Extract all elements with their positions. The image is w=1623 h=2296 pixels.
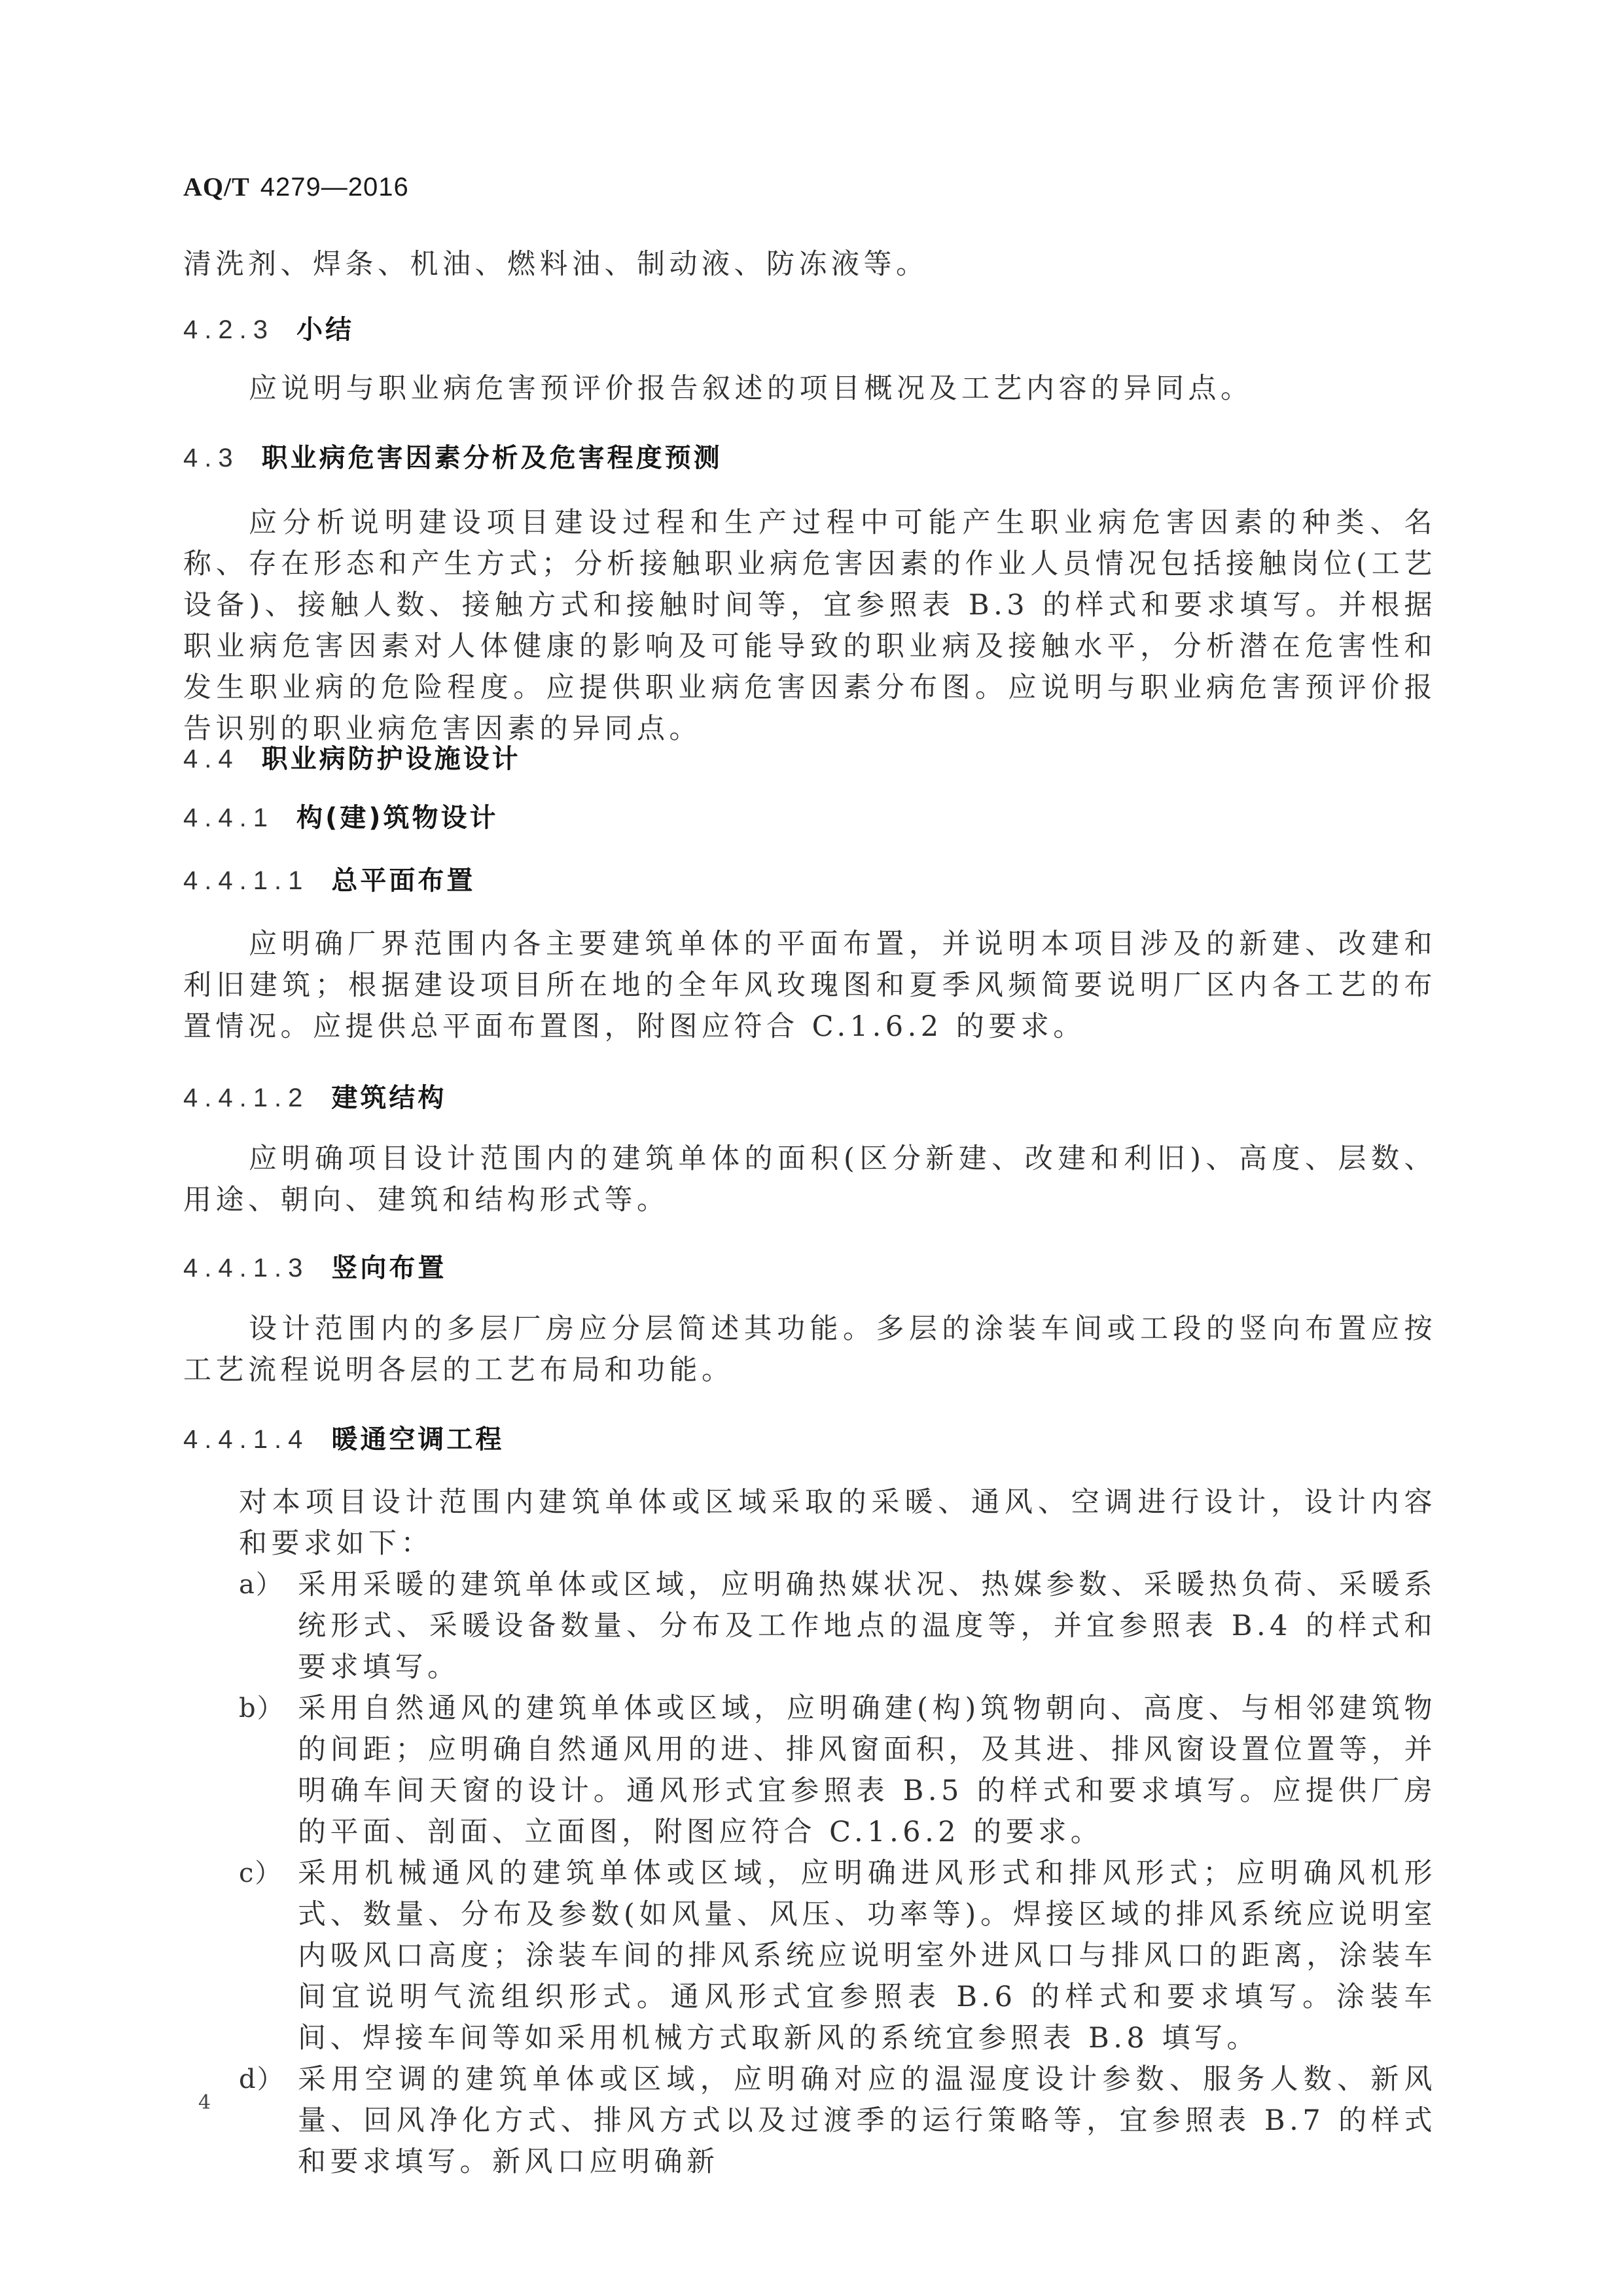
- paragraph-text: 应说明与职业病危害预评价报告叙述的项目概况及工艺内容的异同点。: [183, 368, 1436, 410]
- paragraph-4-4-1-1: 应明确厂界范围内各主要建筑单体的平面布置，并说明本项目涉及的新建、改建和利旧建筑…: [183, 924, 1436, 1048]
- list-label: a）: [239, 1564, 283, 1606]
- section-title: 总平面布置: [331, 866, 475, 896]
- section-number: 4.3: [183, 440, 240, 476]
- section-title: 职业病危害因素分析及危害程度预测: [262, 443, 722, 473]
- list-label: c）: [239, 1853, 282, 1894]
- section-title: 竖向布置: [331, 1253, 446, 1283]
- section-title: 暖通空调工程: [331, 1424, 504, 1455]
- list-item-text: 采用自然通风的建筑单体或区域，应明确建(构)筑物朝向、高度、与相邻建筑物的间距；…: [298, 1688, 1436, 1853]
- list-item-text: 采用机械通风的建筑单体或区域，应明确进风形式和排风形式；应明确风机形式、数量、分…: [298, 1853, 1436, 2059]
- paragraph-text: 应明确项目设计范围内的建筑单体的面积(区分新建、改建和利旧)、高度、层数、用途、…: [183, 1139, 1436, 1221]
- list-item-a: a） 采用采暖的建筑单体或区域，应明确热媒状况、热媒参数、采暖热负荷、采暖系统形…: [183, 1564, 1436, 1688]
- section-heading-4-4-1-2: 4.4.1.2建筑结构: [183, 1080, 1436, 1116]
- hvac-requirements: 对本项目设计范围内建筑单体或区域采取的采暖、通风、空调进行设计，设计内容和要求如…: [183, 1482, 1436, 2183]
- paragraph-4-2-3: 应说明与职业病危害预评价报告叙述的项目概况及工艺内容的异同点。: [183, 368, 1436, 410]
- list-item-d: d） 采用空调的建筑单体或区域，应明确对应的温湿度设计参数、服务人数、新风量、回…: [183, 2059, 1436, 2183]
- section-heading-4-4-1-1: 4.4.1.1总平面布置: [183, 862, 1436, 899]
- section-title: 小结: [296, 315, 354, 345]
- section-heading-4-4-1: 4.4.1构(建)筑物设计: [183, 800, 1436, 836]
- list-item-text: 采用空调的建筑单体或区域，应明确对应的温湿度设计参数、服务人数、新风量、回风净化…: [298, 2059, 1436, 2183]
- section-title: 建筑结构: [331, 1083, 446, 1113]
- standard-prefix: AQ/T: [183, 172, 250, 202]
- section-heading-4-3: 4.3职业病危害因素分析及危害程度预测: [183, 440, 1436, 476]
- section-number: 4.4.1.3: [183, 1250, 309, 1286]
- paragraph-4-4-1-3: 设计范围内的多层厂房应分层简述其功能。多层的涂装车间或工段的竖向布置应按工艺流程…: [183, 1309, 1436, 1391]
- paragraph-4-4-1-2: 应明确项目设计范围内的建筑单体的面积(区分新建、改建和利旧)、高度、层数、用途、…: [183, 1139, 1436, 1221]
- paragraph-text: 应明确厂界范围内各主要建筑单体的平面布置，并说明本项目涉及的新建、改建和利旧建筑…: [183, 924, 1436, 1048]
- section-heading-4-2-3: 4.2.3小结: [183, 311, 1436, 348]
- standard-code-header: AQ/T4279—2016: [183, 171, 409, 203]
- section-heading-4-4-1-3: 4.4.1.3竖向布置: [183, 1250, 1436, 1286]
- section-number: 4.4.1.1: [183, 862, 309, 899]
- paragraph-4-3: 应分析说明建设项目建设过程和生产过程中可能产生职业病危害因素的种类、名称、存在形…: [183, 503, 1436, 750]
- page-number: 4: [198, 2091, 211, 2114]
- section-heading-4-4: 4.4职业病防护设施设计: [183, 741, 1436, 777]
- section-title: 职业病防护设施设计: [262, 744, 521, 774]
- list-intro: 对本项目设计范围内建筑单体或区域采取的采暖、通风、空调进行设计，设计内容和要求如…: [183, 1482, 1436, 1564]
- section-number: 4.4.1.4: [183, 1421, 309, 1458]
- section-number: 4.4.1: [183, 800, 274, 836]
- continuation-paragraph: 清洗剂、焊条、机油、燃料油、制动液、防冻液等。: [183, 244, 1436, 285]
- list-item-text: 采用采暖的建筑单体或区域，应明确热媒状况、热媒参数、采暖热负荷、采暖系统形式、采…: [298, 1564, 1436, 1688]
- section-heading-4-4-1-4: 4.4.1.4暖通空调工程: [183, 1421, 1436, 1458]
- list-label: b）: [239, 1688, 285, 1729]
- section-title: 构(建)筑物设计: [296, 803, 499, 833]
- list-label: d）: [239, 2059, 285, 2100]
- paragraph-text: 设计范围内的多层厂房应分层简述其功能。多层的涂装车间或工段的竖向布置应按工艺流程…: [183, 1309, 1436, 1391]
- section-number: 4.2.3: [183, 311, 274, 348]
- paragraph-text: 清洗剂、焊条、机油、燃料油、制动液、防冻液等。: [183, 244, 1436, 285]
- paragraph-text: 应分析说明建设项目建设过程和生产过程中可能产生职业病危害因素的种类、名称、存在形…: [183, 503, 1436, 750]
- list-item-c: c） 采用机械通风的建筑单体或区域，应明确进风形式和排风形式；应明确风机形式、数…: [183, 1853, 1436, 2059]
- list-item-b: b） 采用自然通风的建筑单体或区域，应明确建(构)筑物朝向、高度、与相邻建筑物的…: [183, 1688, 1436, 1853]
- standard-number: 4279—2016: [260, 173, 409, 202]
- section-number: 4.4: [183, 741, 240, 777]
- section-number: 4.4.1.2: [183, 1080, 309, 1116]
